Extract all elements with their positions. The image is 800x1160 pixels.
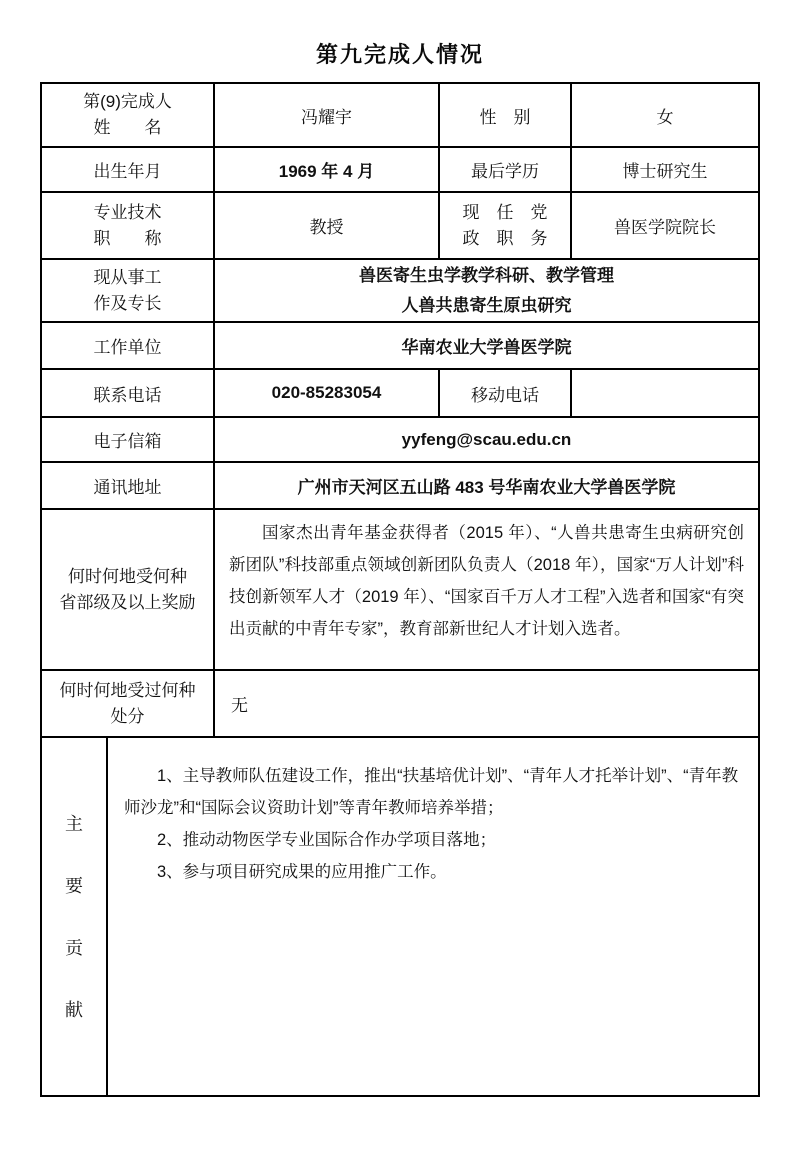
current-work-label: 现从事工 作及专长 (42, 260, 215, 321)
prof-title-label-line1: 专业技术 (94, 200, 162, 226)
awards-label-line1: 何时何地受何种 (68, 564, 187, 590)
prof-title-label: 专业技术 职 称 (42, 193, 215, 258)
row-punishment: 何时何地受过何种 处分 无 (42, 671, 758, 738)
current-work-value: 兽医寄生虫学教学科研、教学管理 人兽共患寄生原虫研究 (215, 260, 758, 321)
awards-label: 何时何地受何种 省部级及以上奖励 (42, 510, 215, 669)
birth-label: 出生年月 (42, 148, 215, 191)
current-work-value-line1: 兽医寄生虫学教学科研、教学管理 (359, 261, 614, 291)
current-work-label-line2: 作及专长 (94, 291, 162, 317)
birth-value: 1969 年 4 月 (215, 148, 440, 191)
document-page: 第九完成人情况 第(9)完成人 姓 名 冯耀宇 性 别 女 出生年月 1969 … (0, 0, 800, 1160)
gender-label: 性 别 (440, 84, 572, 146)
awards-label-line2: 省部级及以上奖励 (60, 590, 196, 616)
row-birth-degree: 出生年月 1969 年 4 月 最后学历 博士研究生 (42, 148, 758, 193)
address-label: 通讯地址 (42, 463, 215, 508)
contributions-label-char3: 贡 (65, 937, 83, 959)
punishment-value: 无 (215, 671, 758, 736)
email-value: yyfeng@scau.edu.cn (215, 418, 758, 461)
contribution-item-1: 1、主导教师队伍建设工作，推出“扶基培优计划”、“青年人才托举计划”、“青年教师… (124, 760, 742, 824)
degree-label: 最后学历 (440, 148, 572, 191)
phone-value: 020-85283054 (215, 370, 440, 416)
punishment-label-line2: 处分 (111, 704, 145, 730)
punishment-label-line1: 何时何地受过何种 (60, 678, 196, 704)
page-title: 第九完成人情况 (0, 42, 800, 68)
punishment-label: 何时何地受过何种 处分 (42, 671, 215, 736)
work-unit-value: 华南农业大学兽医学院 (215, 323, 758, 368)
current-work-value-line2: 人兽共患寄生原虫研究 (402, 291, 572, 321)
row-awards: 何时何地受何种 省部级及以上奖励 国家杰出青年基金获得者（2015 年）、“人兽… (42, 510, 758, 671)
row-phone: 联系电话 020-85283054 移动电话 (42, 370, 758, 418)
contributions-label-char4: 献 (65, 999, 83, 1021)
contributions-label: 主 要 贡 献 (42, 738, 108, 1095)
current-work-label-line1: 现从事工 (94, 265, 162, 291)
name-label-line1: 第(9)完成人 (83, 89, 172, 115)
post-value: 兽医学院院长 (572, 193, 758, 258)
contributions-label-char2: 要 (65, 875, 83, 897)
prof-title-label-line2: 职 称 (94, 226, 162, 252)
row-work-unit: 工作单位 华南农业大学兽医学院 (42, 323, 758, 370)
awards-value: 国家杰出青年基金获得者（2015 年）、“人兽共患寄生虫病研究创新团队”科技部重… (215, 510, 758, 669)
gender-value: 女 (572, 84, 758, 146)
phone-label: 联系电话 (42, 370, 215, 416)
address-value: 广州市天河区五山路 483 号华南农业大学兽医学院 (215, 463, 758, 508)
row-title-post: 专业技术 职 称 教授 现 任 党 政 职 务 兽医学院院长 (42, 193, 758, 260)
contribution-item-3: 3、参与项目研究成果的应用推广工作。 (124, 856, 742, 888)
name-label-line2: 姓 名 (94, 115, 162, 141)
name-value: 冯耀宇 (215, 84, 440, 146)
mobile-value (572, 370, 758, 416)
contributions-label-char1: 主 (65, 813, 83, 835)
email-label: 电子信箱 (42, 418, 215, 461)
contribution-item-2: 2、推动动物医学专业国际合作办学项目落地； (124, 824, 742, 856)
name-label: 第(9)完成人 姓 名 (42, 84, 215, 146)
row-name-gender: 第(9)完成人 姓 名 冯耀宇 性 别 女 (42, 84, 758, 148)
post-label: 现 任 党 政 职 务 (440, 193, 572, 258)
row-email: 电子信箱 yyfeng@scau.edu.cn (42, 418, 758, 463)
mobile-label: 移动电话 (440, 370, 572, 416)
work-unit-label: 工作单位 (42, 323, 215, 368)
completer-info-table: 第(9)完成人 姓 名 冯耀宇 性 别 女 出生年月 1969 年 4 月 最后… (40, 82, 760, 1097)
awards-paragraph: 国家杰出青年基金获得者（2015 年）、“人兽共患寄生虫病研究创新团队”科技部重… (229, 517, 744, 645)
prof-title-value: 教授 (215, 193, 440, 258)
degree-value: 博士研究生 (572, 148, 758, 191)
post-label-line2: 政 职 务 (463, 226, 548, 252)
post-label-line1: 现 任 党 (463, 200, 548, 226)
row-address: 通讯地址 广州市天河区五山路 483 号华南农业大学兽医学院 (42, 463, 758, 510)
contributions-value: 1、主导教师队伍建设工作，推出“扶基培优计划”、“青年人才托举计划”、“青年教师… (108, 738, 758, 1095)
row-contributions: 主 要 贡 献 1、主导教师队伍建设工作，推出“扶基培优计划”、“青年人才托举计… (42, 738, 758, 1095)
row-current-work: 现从事工 作及专长 兽医寄生虫学教学科研、教学管理 人兽共患寄生原虫研究 (42, 260, 758, 323)
